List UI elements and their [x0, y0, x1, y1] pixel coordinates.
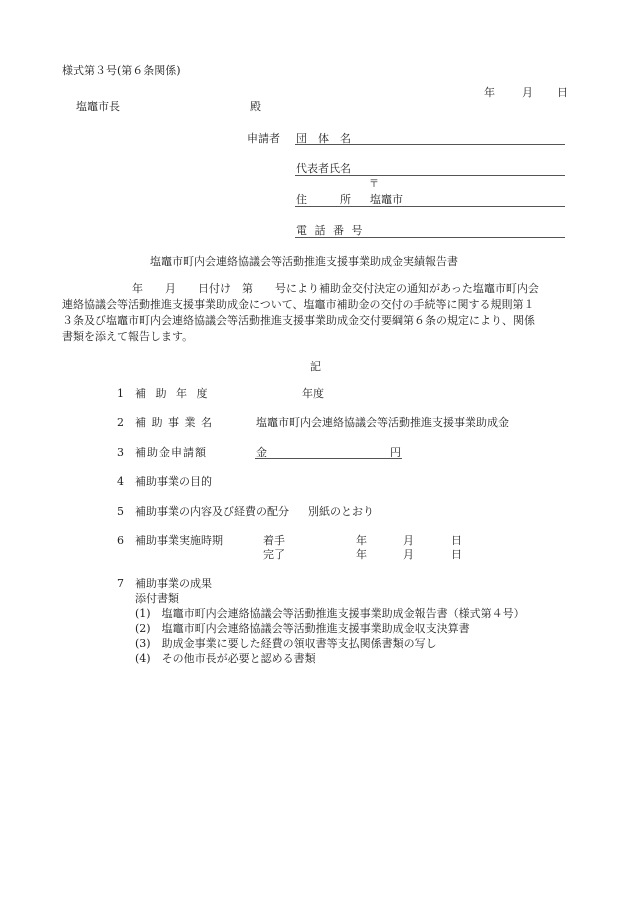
item-7-number: 7	[117, 577, 124, 591]
start-year: 年	[356, 534, 367, 548]
postal-mark: 〒	[369, 178, 379, 192]
item-1-number: 1	[117, 387, 124, 401]
body-line-4: 書類を添えて報告します。	[62, 330, 193, 344]
item-6-label: 補助事業実施時期	[135, 534, 223, 548]
item-3-label: 補助金申請額	[135, 446, 207, 460]
document-title: 塩竈市町内会連絡協議会等活動推進支援事業助成金実績報告書	[150, 255, 458, 269]
item-3-number: 3	[117, 446, 124, 460]
attachment-item: (2) 塩竈市町内会連絡協議会等活動推進支援事業助成金収支決算書	[135, 622, 470, 636]
body-line-3: ３条及び塩竈市町内会連絡協議会等活動推進支援事業助成金交付要綱第６条の規定により…	[62, 314, 535, 328]
address-label: 住 所	[296, 193, 351, 207]
item-7-label: 補助事業の成果	[135, 577, 212, 591]
attachment-item: (3) 助成金事業に要した経費の領収書等支払関係書類の写し	[135, 637, 437, 651]
attachment-item: (1) 塩竈市町内会連絡協議会等活動推進支援事業助成金報告書（様式第４号）	[135, 607, 525, 621]
end-month: 月	[403, 548, 414, 562]
amount-field[interactable]	[255, 458, 402, 459]
item-6-number: 6	[117, 534, 124, 548]
item-5-number: 5	[117, 505, 124, 519]
body-line-1: 年 月 日付け 第 号により補助金交付決定の通知があった塩竈市町内会	[132, 282, 539, 296]
item-1-label: 補 助 年 度	[135, 387, 211, 401]
address-field[interactable]	[295, 206, 565, 207]
end-label: 完了	[263, 548, 285, 562]
date-year: 年	[484, 86, 495, 100]
start-label: 着手	[263, 534, 285, 548]
date-month: 月	[522, 86, 533, 100]
start-month: 月	[403, 534, 414, 548]
phone-field[interactable]	[295, 237, 565, 238]
org-name-field[interactable]	[295, 144, 565, 145]
addressee-honorific: 殿	[250, 100, 261, 114]
end-day: 日	[451, 548, 462, 562]
phone-label: 電 話 番 号	[296, 224, 365, 238]
start-day: 日	[451, 534, 462, 548]
item-2-value: 塩竈市町内会連絡協議会等活動推進支援事業助成金	[256, 416, 509, 430]
attachments-label: 添付書類	[135, 592, 179, 606]
item-4-number: 4	[117, 475, 124, 489]
attachment-item: (4) その他市長が必要と認める書類	[135, 652, 316, 666]
representative-field[interactable]	[295, 175, 565, 176]
end-year: 年	[356, 548, 367, 562]
item-2-label: 補 助 事 業 名	[135, 416, 213, 430]
date-day: 日	[557, 86, 568, 100]
addressee-name: 塩竈市長	[76, 100, 120, 114]
item-5-label: 補助事業の内容及び経費の配分	[135, 505, 289, 519]
item-2-number: 2	[117, 416, 124, 430]
applicant-label: 申請者	[247, 132, 280, 146]
representative-label: 代表者氏名	[296, 162, 351, 176]
item-5-value: 別紙のとおり	[308, 505, 374, 519]
address-value: 塩竈市	[370, 193, 403, 207]
form-number: 様式第３号(第６条関係)	[62, 64, 181, 78]
item-1-value: 年度	[302, 387, 324, 401]
ki-heading: 記	[310, 360, 321, 374]
body-line-2: 連絡協議会等活動推進支援事業助成金について、塩竈市補助金の交付の手続等に関する規…	[62, 298, 535, 312]
item-4-label: 補助事業の目的	[135, 475, 212, 489]
